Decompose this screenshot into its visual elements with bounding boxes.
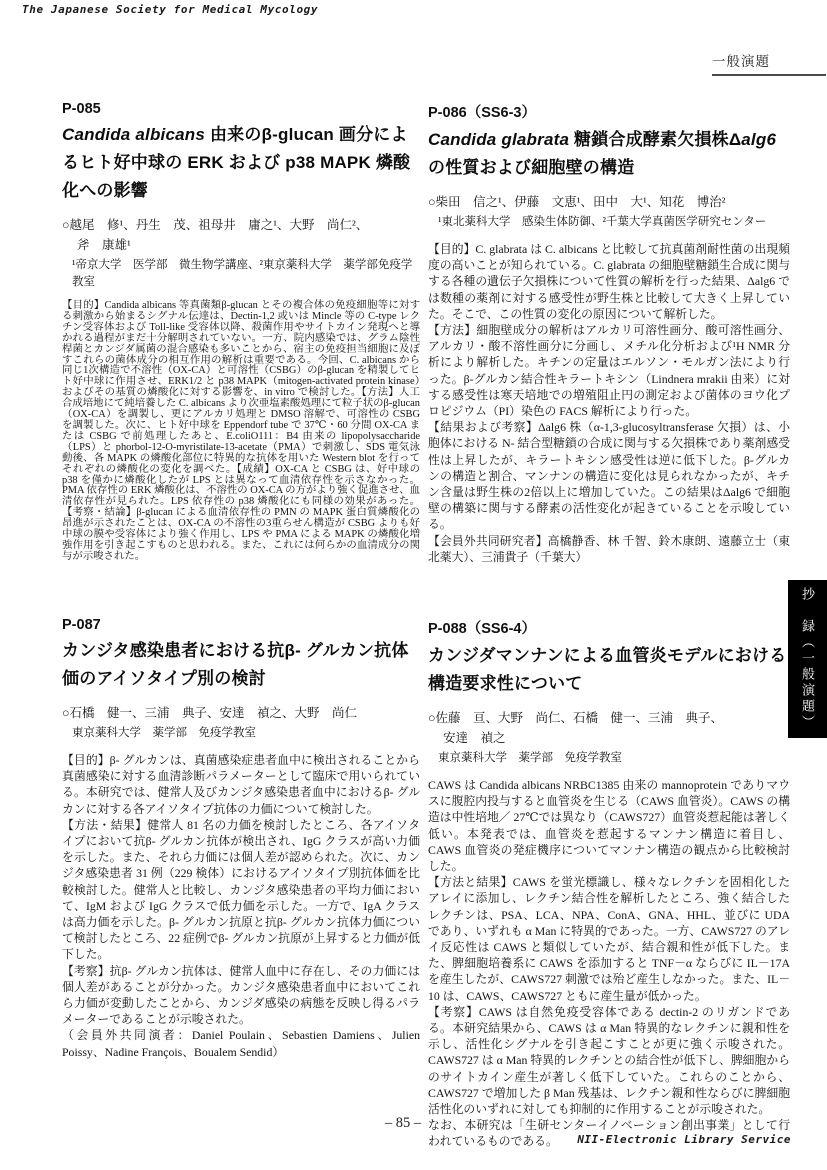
abstract-affiliation: ¹東北薬科大学 感染生体防御、²千葉大学真菌医学研究センター xyxy=(428,214,790,231)
abstract-p086: P-086（SS6-3） Candida glabrata 糖鎖合成酵素欠損株Δ… xyxy=(428,101,790,565)
abstract-affiliation: 東京薬科大学 薬学部 免疫学教室 xyxy=(428,750,790,767)
abstract-id: P-088（SS6-4） xyxy=(428,617,790,638)
abstract-title: Candida glabrata 糖鎖合成酵素欠損株Δalg6 の性質および細胞… xyxy=(428,126,790,182)
abstract-body: 【目的】Candida albicans 等真菌類β-glucan とその複合体… xyxy=(62,301,420,563)
abstract-authors: ○越尾 修¹、丹生 茂、祖母井 庸之¹、大野 尚仁²、斧 康雄¹ xyxy=(62,215,420,255)
abstract-p085: P-085 Candida albicans 由来のβ-glucan 画分による… xyxy=(62,101,420,563)
genre-tab: 一般演題 xyxy=(712,50,826,76)
abstract-affiliation: 東京薬科大学 薬学部 免疫学教室 xyxy=(62,725,420,742)
abstract-title: Candida albicans 由来のβ-glucan 画分によるヒト好中球の… xyxy=(62,121,420,205)
section-side-tab: 抄 録（一般演題） xyxy=(788,580,827,738)
abstract-id: P-087 xyxy=(62,617,420,633)
abstract-authors: ○石橋 健一、三浦 典子、安達 禎之、大野 尚仁 xyxy=(62,703,420,723)
abstract-id: P-085 xyxy=(62,101,420,117)
abstract-title: カンジタ感染患者における抗β- グルカン抗体価のアイソタイプ別の検討 xyxy=(62,637,420,693)
page-number: – 85 – xyxy=(343,1115,463,1132)
abstract-authors: ○佐藤 亘、大野 尚仁、石橋 健一、三浦 典子、安達 禎之 xyxy=(428,708,790,748)
abstract-p087: P-087 カンジタ感染患者における抗β- グルカン抗体価のアイソタイプ別の検討… xyxy=(62,617,420,1060)
abstract-authors: ○柴田 信之¹、伊藤 文恵¹、田中 大¹、知花 博治² xyxy=(428,192,790,212)
abstract-p088: P-088（SS6-4） カンジダマンナンによる血管炎モデルにおける構造要求性に… xyxy=(428,617,790,1150)
abstract-body: CAWS は Candida albicans NRBC1385 由来の man… xyxy=(428,777,790,1150)
abstract-title: カンジダマンナンによる血管炎モデルにおける構造要求性について xyxy=(428,642,790,698)
society-header: The Japanese Society for Medical Mycolog… xyxy=(22,3,318,16)
abstract-id: P-086（SS6-3） xyxy=(428,101,790,122)
journal-page: The Japanese Society for Medical Mycolog… xyxy=(0,0,827,1170)
abstract-affiliation: ¹帝京大学 医学部 微生物学講座、²東京薬科大学 薬学部免疫学教室 xyxy=(62,257,420,291)
abstract-body: 【目的】β- グルカンは、真菌感染症患者血中に検出されることから真菌感染に対する… xyxy=(62,752,420,1060)
abstract-body: 【目的】C. glabrata は C. albicans と比較して抗真菌剤耐… xyxy=(428,241,790,565)
nii-footer: NII-Electronic Library Service xyxy=(577,1133,791,1146)
